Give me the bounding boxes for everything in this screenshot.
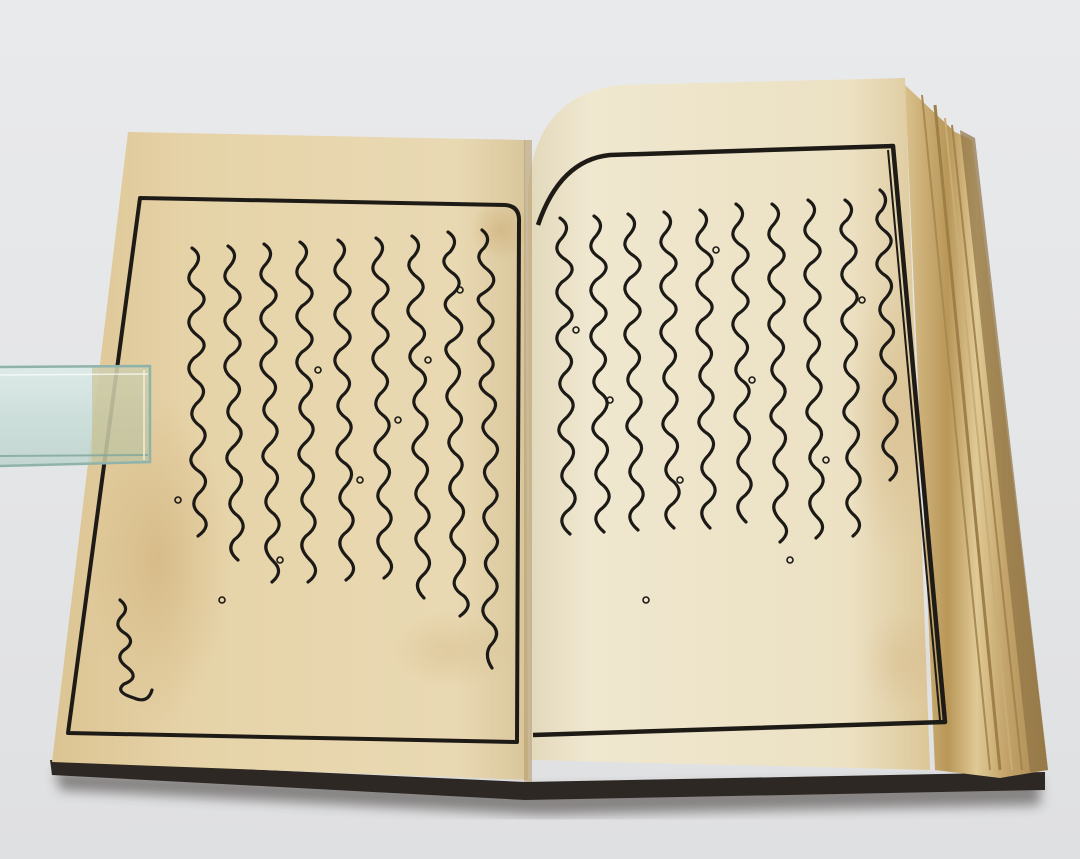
glass-page-weight: [0, 366, 150, 466]
book-gutter: [524, 140, 532, 782]
right-page: [528, 78, 945, 770]
photo-scene: Open antique Japanese woodblock-printed …: [0, 0, 1080, 859]
